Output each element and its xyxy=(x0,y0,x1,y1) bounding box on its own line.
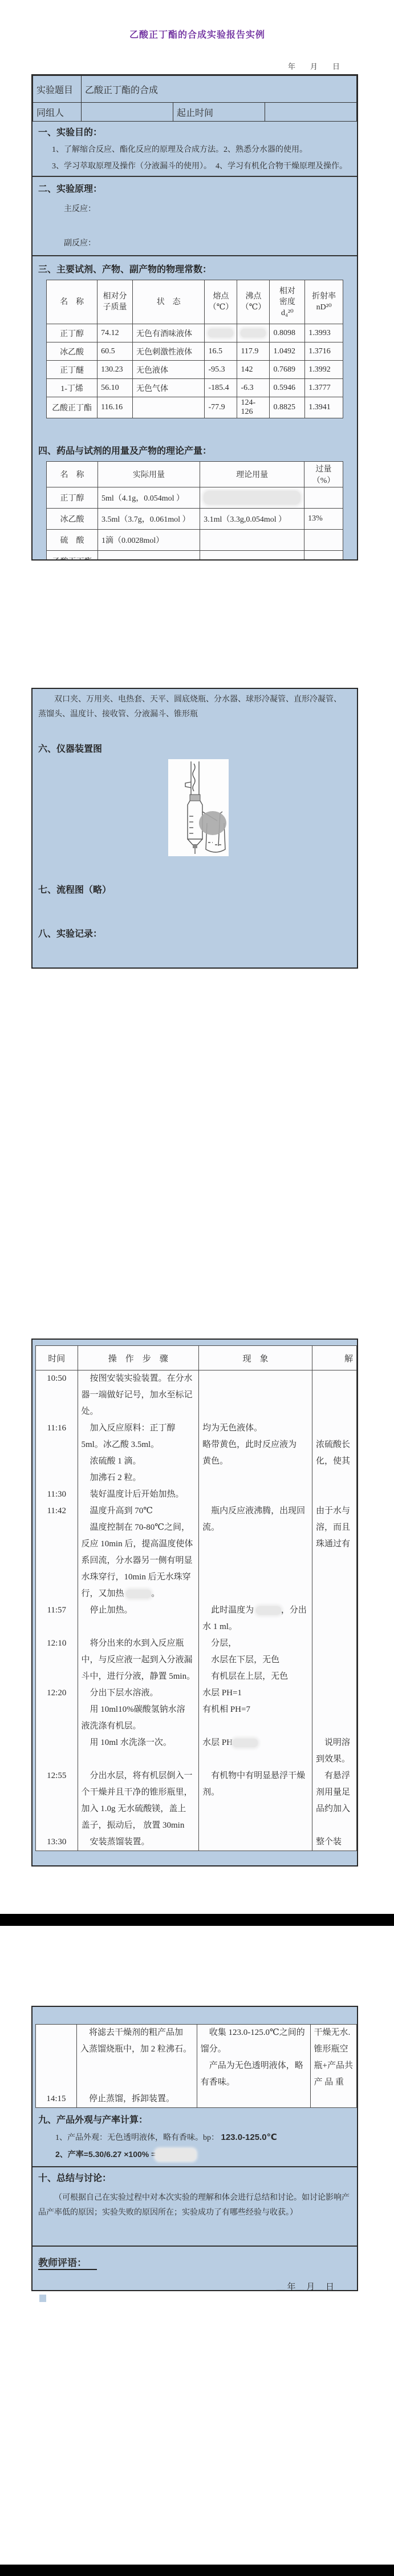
cell xyxy=(200,487,304,509)
report-page: 乙酸正丁酯的合成实验报告实例 年 月 日 实验题目 乙酸正丁酯的合成 同组人 起… xyxy=(0,0,394,2576)
cell: 3.1ml（3.3g,0.054mol ） xyxy=(200,509,304,530)
record-row: 14:15 停止蒸馏，拆卸装置。 xyxy=(36,2091,357,2108)
time-cell: 12:55 xyxy=(36,1768,78,1834)
date-line: 年 月 日 xyxy=(288,61,340,71)
time-cell: 14:15 xyxy=(36,2091,77,2108)
header-table: 实验题目 乙酸正丁酯的合成 同组人 起止时间 xyxy=(33,75,357,122)
table-row: 乙酸正丁酯 xyxy=(47,551,343,561)
table-row: 正丁醚130.23无色液体-95.31420.76891.3992 xyxy=(47,361,343,379)
header-cell: 解 xyxy=(312,1346,356,1370)
separator-bar xyxy=(0,2565,394,2576)
exp-title-label: 实验题目 xyxy=(33,76,82,103)
time-cell: 10:50 xyxy=(36,1370,78,1421)
time-cell: 11:57 xyxy=(36,1602,78,1635)
redaction-blur xyxy=(199,811,226,835)
record-row: 13:30 安装蒸馏装置。整个装 xyxy=(36,1834,357,1851)
cell: 124-126 xyxy=(237,397,270,418)
cell: 无色有酒味液体 xyxy=(132,324,204,342)
instruments-line: 双口夹、万用夹、电热套、天平、圆底烧瓶、分水器、球形冷凝管、直形冷凝管、 xyxy=(38,692,351,707)
record-table: 时间 操 作 步 骤 现 象 解 10:50 按图安装实验装置。在分水器一端做好… xyxy=(35,1345,357,1851)
header-cell: 名 称 xyxy=(47,280,98,324)
cell: 硫 酸 xyxy=(47,530,98,551)
apparatus-heading: 六、仪器装置图 xyxy=(38,741,351,755)
record-row: 11:42 温度升高到 70℃ 温度控制在 70-80℃之间，反应 10min … xyxy=(36,1503,357,1602)
panel-results: 将滤去干燥剂的粗产品加入蒸馏烧瓶中，加 2 粒沸石。 收集 123.0-125.… xyxy=(31,2006,358,2291)
summary-paragraph: （可根据自己在实验过程中对本次实验的理解和体会进行总结和讨论。如讨论影响产品产率… xyxy=(38,2191,351,2220)
time-cell: 11:30 xyxy=(36,1486,78,1503)
table-row: 正丁醇74.12无色有酒味液体0.80981.3993 xyxy=(47,324,343,342)
cell: 13% xyxy=(304,509,343,530)
section-principle: 二、实验原理： 主反应： 副反应： xyxy=(33,177,357,256)
section-purpose: 一、实验目的： 1、了解缩合反应、酯化反应的原理及合成方法。2、熟悉分水器的使用… xyxy=(33,122,357,177)
separator-bar xyxy=(0,1914,394,1926)
section-teacher-comment: 教师评语： __ 年__ 月__ 日 xyxy=(33,2247,357,2291)
duration-label: 起止时间 xyxy=(173,103,265,122)
steps-cell: 温度升高到 70℃ 温度控制在 70-80℃之间，反应 10min 后，提高温度… xyxy=(78,1503,199,1602)
steps-cell: 将分出来的水到入反应瓶中，与反应液一起到入分液漏斗中，进行分液，静置 5min。 xyxy=(78,1635,199,1685)
cell: 60.5 xyxy=(98,342,133,361)
apparatus-drawing xyxy=(168,759,229,856)
purpose-heading: 一、实验目的： xyxy=(38,125,351,138)
panel-apparatus: 双口夹、万用夹、电热套、天平、圆底烧瓶、分水器、球形冷凝管、直形冷凝管、 蒸馏头… xyxy=(31,688,358,969)
cell: 16.5 xyxy=(205,342,237,361)
phenomena-cell xyxy=(197,2091,310,2108)
phenomena-cell: 有机物中有明显悬浮干燥剂。 xyxy=(199,1768,312,1834)
explanation-cell: 干燥无水.锥形瓶空瓶+产品共产 品 重 xyxy=(310,2025,357,2091)
main-reaction-label: 主反应： xyxy=(64,203,351,214)
section-summary: 十、总结与讨论： （可根据自己在实验过程中对本次实验的理解和体会进行总结和讨论。… xyxy=(33,2167,357,2247)
record-row: 11:30 装好温度计后开始加热。 xyxy=(36,1486,357,1503)
cell: 正丁醇 xyxy=(47,324,98,342)
cell: -77.9 xyxy=(205,397,237,418)
cell xyxy=(200,551,304,561)
cell: 1.3716 xyxy=(305,342,343,361)
cell: 5ml（4.1g，0.054mol ） xyxy=(98,487,200,509)
cell: 56.10 xyxy=(98,379,133,397)
bp-value: 123.0-125.0℃ xyxy=(221,2132,277,2142)
constants-heading: 三、主要试剂、产物、副产物的物理常数： xyxy=(38,262,351,275)
group-label: 同组人 xyxy=(33,103,82,122)
page-fragment xyxy=(39,2295,46,2302)
record-row: 11:16 加入反应原料：正丁醇5ml。冰乙酸 3.5ml。 浓硫酸 1 滴。 … xyxy=(36,1420,357,1486)
table-header-row: 名 称相对分子质量状 态熔点（℃）沸点（℃）相对密度d₄²⁰折射率nD²⁰ xyxy=(47,280,343,324)
steps-cell: 按图安装实验装置。在分水器一端做好记号，加水至标记处。 xyxy=(78,1370,199,1421)
explanation-cell xyxy=(312,1370,356,1421)
cell: 1滴（0.0028mol） xyxy=(98,530,200,551)
phenomena-cell: 此时温度为 ，分出水 1 ml。 xyxy=(199,1602,312,1635)
yield-heading: 九、产品外观与产率计算： xyxy=(38,2113,351,2126)
table-row: 冰乙酸3.5ml（3.7g，0.061mol ）3.1ml（3.3g,0.054… xyxy=(47,509,343,530)
table-header-row: 名 称实际用量理论用量过量（%） xyxy=(47,462,343,487)
report-title: 乙酸正丁酯的合成实验报告实例 xyxy=(23,27,372,41)
explanation-cell xyxy=(312,1602,356,1635)
phenomena-cell: 分层， 水层在下层，无色 有机层在上层，无色 xyxy=(199,1635,312,1685)
principle-heading: 二、实验原理： xyxy=(38,182,351,195)
phenomena-cell xyxy=(199,1370,312,1421)
header-cell: 折射率nD²⁰ xyxy=(305,280,343,324)
time-cell: 12:10 xyxy=(36,1635,78,1685)
section-yield: 九、产品外观与产率计算： 1、产品外观：无色透明液体，略有香味。bp： 123.… xyxy=(33,2108,357,2167)
instruments-list: 双口夹、万用夹、电热套、天平、圆底烧瓶、分水器、球形冷凝管、直形冷凝管、 蒸馏头… xyxy=(33,689,357,722)
cell: 冰乙酸 xyxy=(47,509,98,530)
table-row: 乙酸正丁酯116.16-77.9124-1260.88251.3941 xyxy=(47,397,343,418)
cell xyxy=(98,551,200,561)
cell: 1.3941 xyxy=(305,397,343,418)
explanation-cell xyxy=(312,1635,356,1685)
explanation-cell xyxy=(310,2091,357,2108)
cell: 0.8825 xyxy=(270,397,305,418)
record-row: 12:55 分出水层，将有机层倒入一个干燥并且干净的锥形瓶里，加入 1.0g 无… xyxy=(36,1768,357,1834)
cell: 乙酸正丁酯 xyxy=(47,397,98,418)
record-header-row: 时间 操 作 步 骤 现 象 解 xyxy=(36,1346,357,1370)
summary-heading: 十、总结与讨论： xyxy=(38,2171,351,2184)
table-row: 硫 酸1滴（0.0028mol） xyxy=(47,530,343,551)
panel-record: 时间 操 作 步 骤 现 象 解 10:50 按图安装实验装置。在分水器一端做好… xyxy=(31,1339,358,1867)
steps-cell: 加入反应原料：正丁醇5ml。冰乙酸 3.5ml。 浓硫酸 1 滴。 加沸石 2 … xyxy=(78,1420,199,1486)
panel-general-info: 实验题目 乙酸正丁酯的合成 同组人 起止时间 一、实验目的： 1、了解缩合反应、… xyxy=(31,74,358,561)
header-cell: 状 态 xyxy=(132,280,204,324)
physical-constants-table: 名 称相对分子质量状 态熔点（℃）沸点（℃）相对密度d₄²⁰折射率nD²⁰正丁醇… xyxy=(46,280,343,418)
cell: 3.5ml（3.7g，0.061mol ） xyxy=(98,509,200,530)
cell: 1.3777 xyxy=(305,379,343,397)
steps-cell: 将滤去干燥剂的粗产品加入蒸馏烧瓶中，加 2 粒沸石。 xyxy=(76,2025,197,2091)
explanation-cell: 由于水与溶，而且珠通过有 xyxy=(312,1503,356,1602)
cell xyxy=(200,530,304,551)
record-row: 将滤去干燥剂的粗产品加入蒸馏烧瓶中，加 2 粒沸石。 收集 123.0-125.… xyxy=(36,2025,357,2091)
cell: -95.3 xyxy=(205,361,237,379)
group-value-cell xyxy=(82,103,173,122)
cell: 0.5946 xyxy=(270,379,305,397)
purpose-line: 1、了解缩合反应、酯化反应的原理及合成方法。2、熟悉分水器的使用。 xyxy=(52,143,351,155)
header-cell: 相对分子质量 xyxy=(98,280,133,324)
record-row: 12:10 将分出来的水到入反应瓶中，与反应液一起到入分液漏斗中，进行分液，静置… xyxy=(36,1635,357,1685)
cell: 无色刺激性液体 xyxy=(132,342,204,361)
header-cell: 操 作 步 骤 xyxy=(78,1346,199,1370)
steps-cell: 停止蒸馏，拆卸装置。 xyxy=(76,2091,197,2108)
cell xyxy=(304,487,343,509)
time-cell: 12:20 xyxy=(36,1685,78,1768)
cell: -185.4 xyxy=(205,379,237,397)
teacher-comment-label: 教师评语： xyxy=(38,2255,97,2270)
exp-title-value: 乙酸正丁酯的合成 xyxy=(82,76,357,103)
cell: 0.7689 xyxy=(270,361,305,379)
redacted-blur xyxy=(241,329,266,337)
cell: 1-丁烯 xyxy=(47,379,98,397)
phenomena-cell: 均为无色液体。略带黄色，此时反应液为黄色。 xyxy=(199,1420,312,1486)
cell xyxy=(304,551,343,561)
steps-cell: 装好温度计后开始加热。 xyxy=(78,1486,199,1503)
header-cell: 名 称 xyxy=(47,462,98,487)
explanation-cell: 有悬浮剂用量足品约加入 xyxy=(312,1768,356,1834)
phenomena-cell: 瓶内反应液沸腾，出现回流。 xyxy=(199,1503,312,1602)
steps-cell: 分出水层，将有机层倒入一个干燥并且干净的锥形瓶里，加入 1.0g 无水硫酸镁，盖… xyxy=(78,1768,199,1834)
cell: 117.9 xyxy=(237,342,270,361)
explanation-cell xyxy=(312,1486,356,1503)
purpose-line: 3、学习萃取原理及操作（分液漏斗的使用）。 4、学习有机化合物干燥原理及操作。 xyxy=(52,160,351,171)
explanation-cell: 说明溶到效果。 xyxy=(312,1685,356,1768)
phenomena-cell xyxy=(199,1486,312,1503)
record-heading: 八、实验记录： xyxy=(38,926,351,940)
cell xyxy=(237,324,270,342)
cell: 无色液体 xyxy=(132,361,204,379)
teacher-date-blank: __ 年__ 月__ 日 xyxy=(38,2280,351,2291)
cell: 74.12 xyxy=(98,324,133,342)
header-cell: 熔点（℃） xyxy=(205,280,237,324)
cell: 正丁醚 xyxy=(47,361,98,379)
redacted-blur xyxy=(204,491,300,505)
cell: 116.16 xyxy=(98,397,133,418)
duration-value-cell xyxy=(265,103,357,122)
cell xyxy=(205,324,237,342)
header-cell: 实际用量 xyxy=(98,462,200,487)
table-row: 正丁醇5ml（4.1g，0.054mol ） xyxy=(47,487,343,509)
table-row: 冰乙酸60.5无色刺激性液体16.5117.91.04921.3716 xyxy=(47,342,343,361)
time-cell xyxy=(36,2025,77,2091)
explanation-cell: 浓硫酸长化，使其 xyxy=(312,1420,356,1486)
header-cell: 沸点（℃） xyxy=(237,280,270,324)
redacted-blur xyxy=(208,329,233,337)
steps-cell: 分出下层水溶液。 用 10ml10%碳酸氢钠水溶液洗涤有机层。 用 10ml 水… xyxy=(78,1685,199,1768)
cell: 1.3992 xyxy=(305,361,343,379)
header-cell: 理论用量 xyxy=(200,462,304,487)
cell: 1.3993 xyxy=(305,324,343,342)
cell: 1.0492 xyxy=(270,342,305,361)
record-row: 10:50 按图安装实验装置。在分水器一端做好记号，加水至标记处。 xyxy=(36,1370,357,1421)
phenomena-cell: 收集 123.0-125.0℃之间的馏分。 产品为无色透明液体，略有香味。 xyxy=(197,2025,310,2091)
table-row: 1-丁烯56.10无色气体-185.4-6.30.59461.3777 xyxy=(47,379,343,397)
record-row: 12:20 分出下层水溶液。 用 10ml10%碳酸氢钠水溶液洗涤有机层。 用 … xyxy=(36,1685,357,1768)
redacted-blur xyxy=(156,2149,196,2160)
apparatus-diagram xyxy=(168,759,229,856)
steps-cell: 停止加热。 xyxy=(78,1602,199,1635)
amounts-heading: 四、药品与试剂的用量及产物的理论产量： xyxy=(38,444,351,457)
header-cell: 过量（%） xyxy=(304,462,343,487)
flowchart-heading: 七、流程图（略） xyxy=(38,882,351,896)
redacted-blur xyxy=(126,1590,151,1598)
header-cell: 现 象 xyxy=(199,1346,312,1370)
cell: 正丁醇 xyxy=(47,487,98,509)
time-cell: 11:16 xyxy=(36,1420,78,1486)
cell: 冰乙酸 xyxy=(47,342,98,361)
side-reaction-label: 副反应： xyxy=(64,237,351,248)
yield-appearance-line: 1、产品外观：无色透明液体，略有香味。bp： 123.0-125.0℃ xyxy=(55,2131,351,2143)
instruments-line: 蒸馏头、温度计、接收管、分液漏斗、锥形瓶 xyxy=(38,707,351,722)
amounts-table: 名 称实际用量理论用量过量（%）正丁醇5ml（4.1g，0.054mol ）冰乙… xyxy=(46,461,343,561)
header-cell: 时间 xyxy=(36,1346,78,1370)
redacted-blur xyxy=(256,1606,281,1615)
explanation-cell: 整个装 xyxy=(312,1834,356,1851)
cell: -6.3 xyxy=(237,379,270,397)
cell: 142 xyxy=(237,361,270,379)
header-cell: 相对密度d₄²⁰ xyxy=(270,280,305,324)
phenomena-cell: 水层 PH=1有机相 PH=7 水层 PH xyxy=(199,1685,312,1768)
time-cell: 13:30 xyxy=(36,1834,78,1851)
record-table-continued: 将滤去干燥剂的粗产品加入蒸馏烧瓶中，加 2 粒沸石。 收集 123.0-125.… xyxy=(35,2024,357,2108)
time-cell: 11:42 xyxy=(36,1503,78,1602)
yield-calc-line: 2、产率=5.30/6.27 ×100% = xyxy=(55,2148,351,2160)
cell xyxy=(304,530,343,551)
cell: 乙酸正丁酯 xyxy=(47,551,98,561)
cell: 0.8098 xyxy=(270,324,305,342)
cell: 130.23 xyxy=(98,361,133,379)
cell: 无色气体 xyxy=(132,379,204,397)
cell xyxy=(132,397,204,418)
steps-cell: 安装蒸馏装置。 xyxy=(78,1834,199,1851)
record-row: 11:57 停止加热。 此时温度为 ，分出水 1 ml。 xyxy=(36,1602,357,1635)
phenomena-cell xyxy=(199,1834,312,1851)
redacted-blur xyxy=(233,1739,258,1747)
yield-appearance-text: 1、产品外观：无色透明液体，略有香味。bp： xyxy=(55,2134,219,2142)
